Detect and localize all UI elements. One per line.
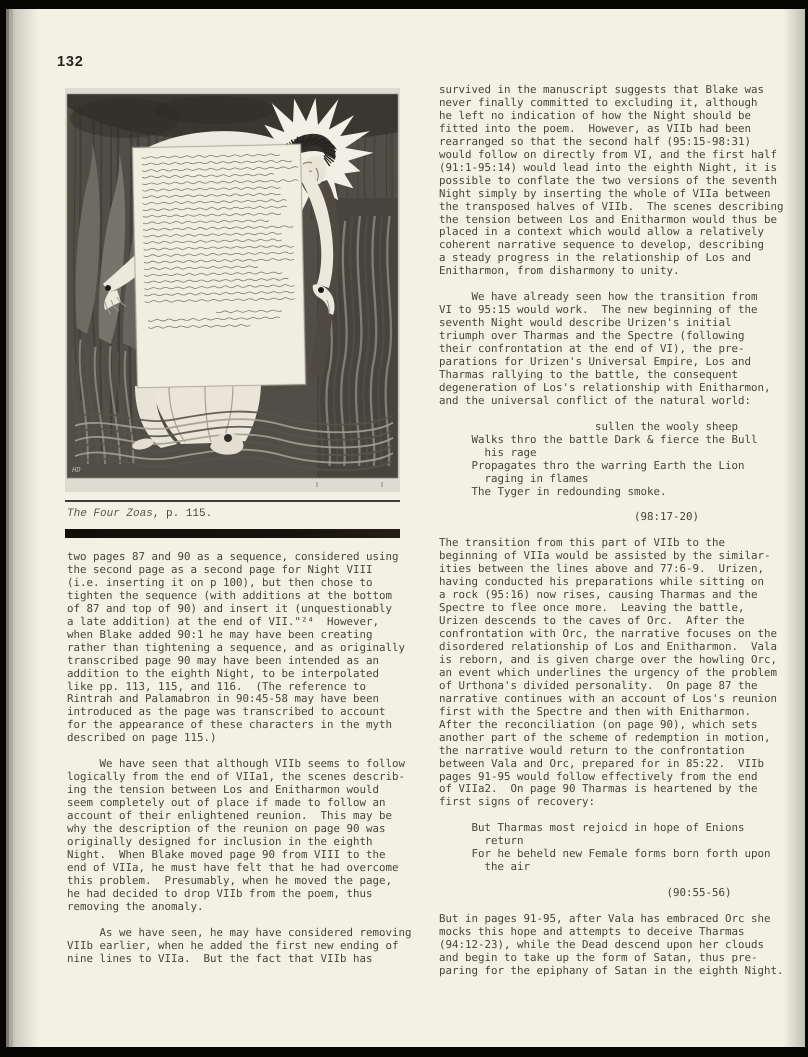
page-number: 132 <box>57 54 84 70</box>
figure-caption: The Four Zoas, p. 115. <box>67 508 212 520</box>
artist-monogram: HD <box>72 467 81 475</box>
figure-caption-page: , p. 115. <box>153 508 212 520</box>
scanned-book-page: 132 <box>0 0 808 1057</box>
figure-caption-title: The Four Zoas <box>67 508 153 520</box>
caption-divider-bar <box>65 529 400 538</box>
right-column-text: survived in the manuscript suggests that… <box>439 84 784 978</box>
left-column-text: two pages 87 and 90 as a sequence, consi… <box>67 551 412 966</box>
four-zoas-plate-figure: HD <box>65 88 400 492</box>
caption-rule <box>65 500 400 502</box>
